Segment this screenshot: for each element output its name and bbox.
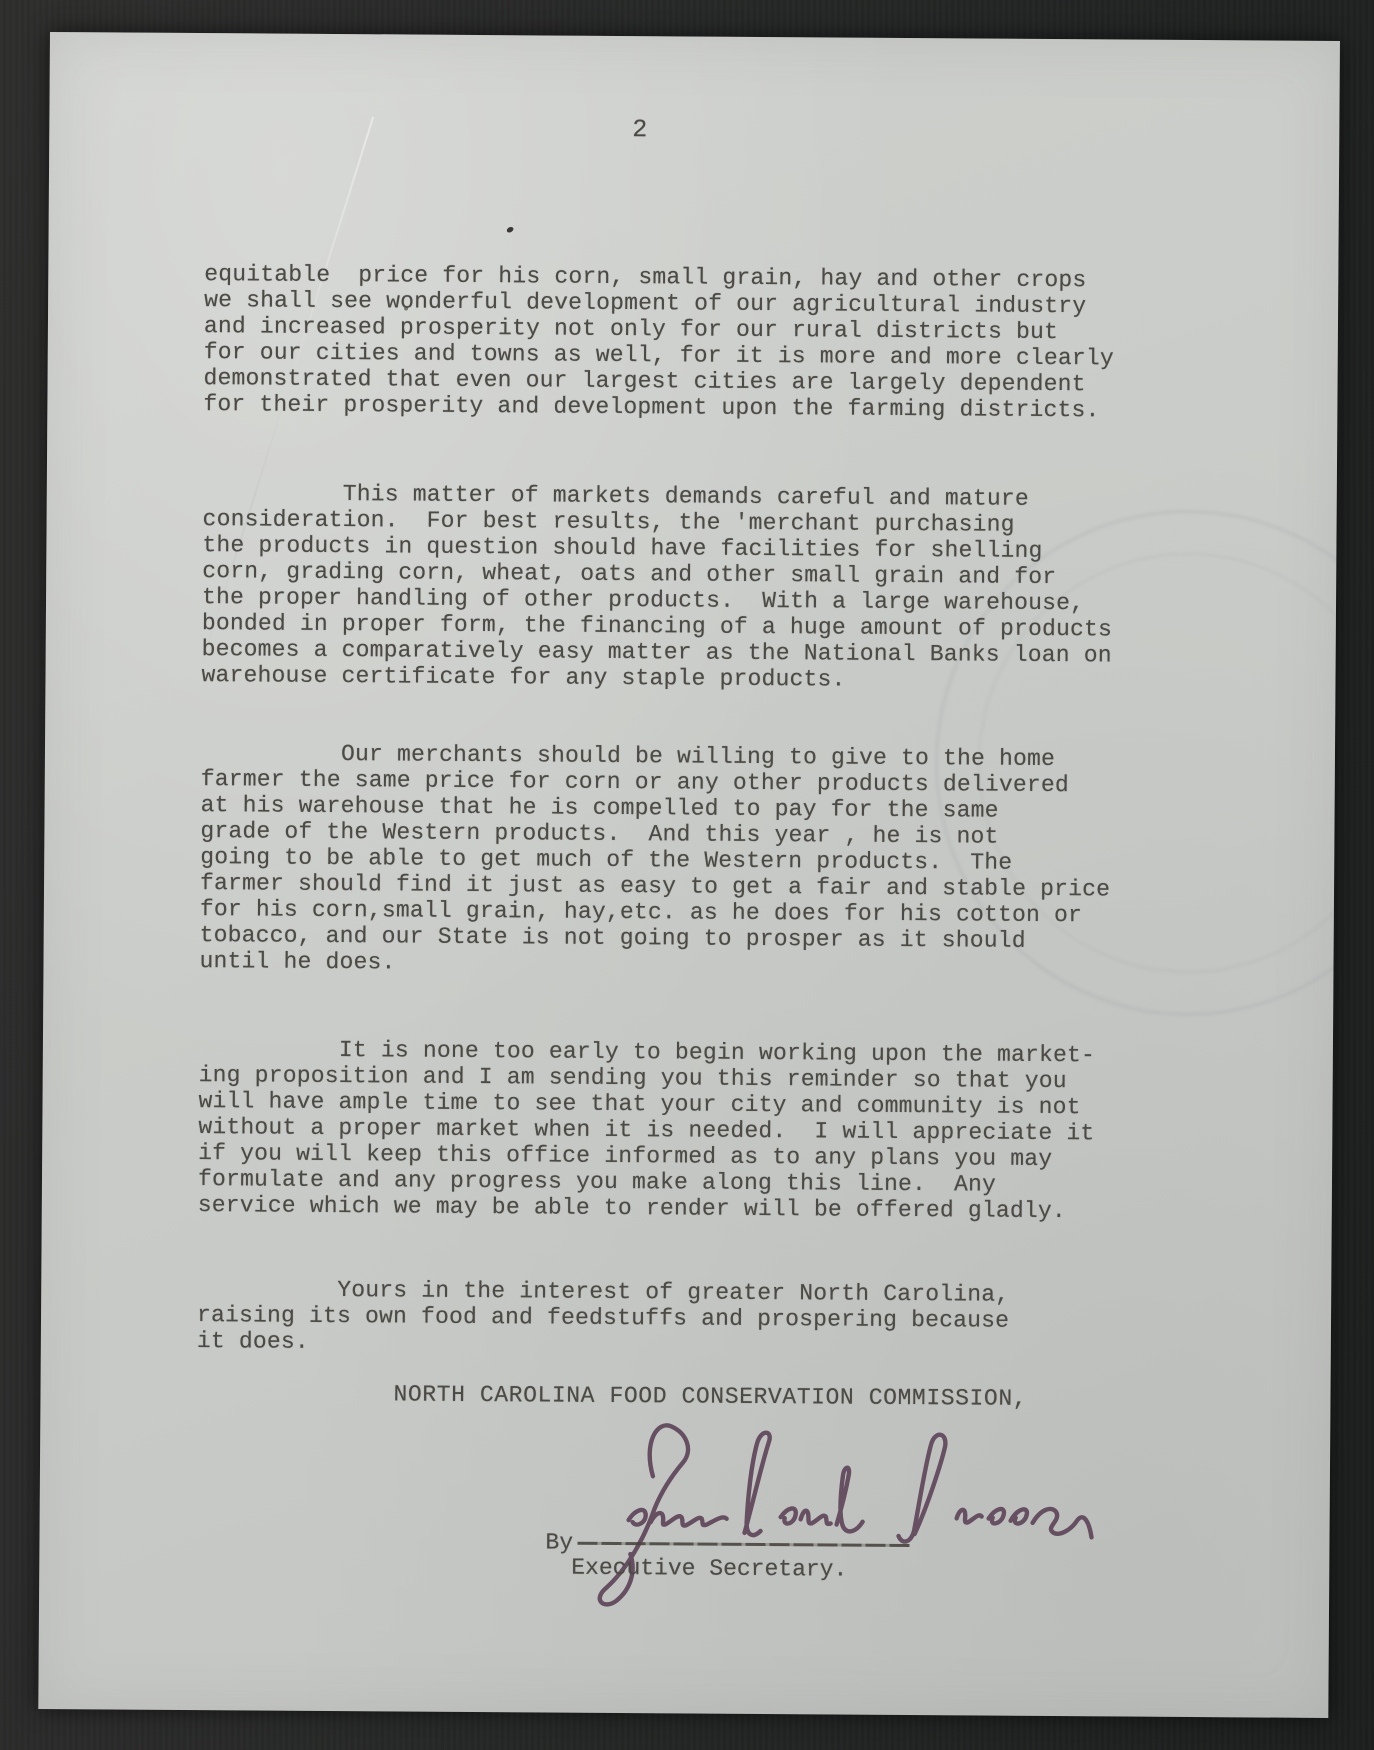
typed-signature-rule bbox=[577, 1542, 909, 1547]
signer-title: Executive Secretary. bbox=[571, 1555, 847, 1583]
page-number: 2 bbox=[632, 116, 647, 144]
by-label: By bbox=[545, 1529, 573, 1555]
scan-mount-background: 2 equitable price for his corn, small gr… bbox=[0, 0, 1374, 1750]
letter-paragraph-1: equitable price for his corn, small grai… bbox=[203, 261, 1114, 423]
signature-by-line: By bbox=[545, 1529, 909, 1558]
letter-paragraph-4: It is none too early to begin working up… bbox=[198, 1036, 1095, 1224]
letter-closing-paragraph: Yours in the interest of greater North C… bbox=[197, 1276, 1010, 1360]
organization-name: NORTH CAROLINA FOOD CONSERVATION COMMISS… bbox=[393, 1381, 1027, 1411]
letter-paragraph-3: Our merchants should be willing to give … bbox=[199, 740, 1111, 980]
letter-page: 2 equitable price for his corn, small gr… bbox=[38, 32, 1340, 1718]
handwritten-signature-john-paul-lucas bbox=[584, 1414, 1105, 1618]
letter-paragraph-2: This matter of markets demands careful a… bbox=[201, 480, 1113, 694]
ink-speck bbox=[506, 226, 515, 234]
